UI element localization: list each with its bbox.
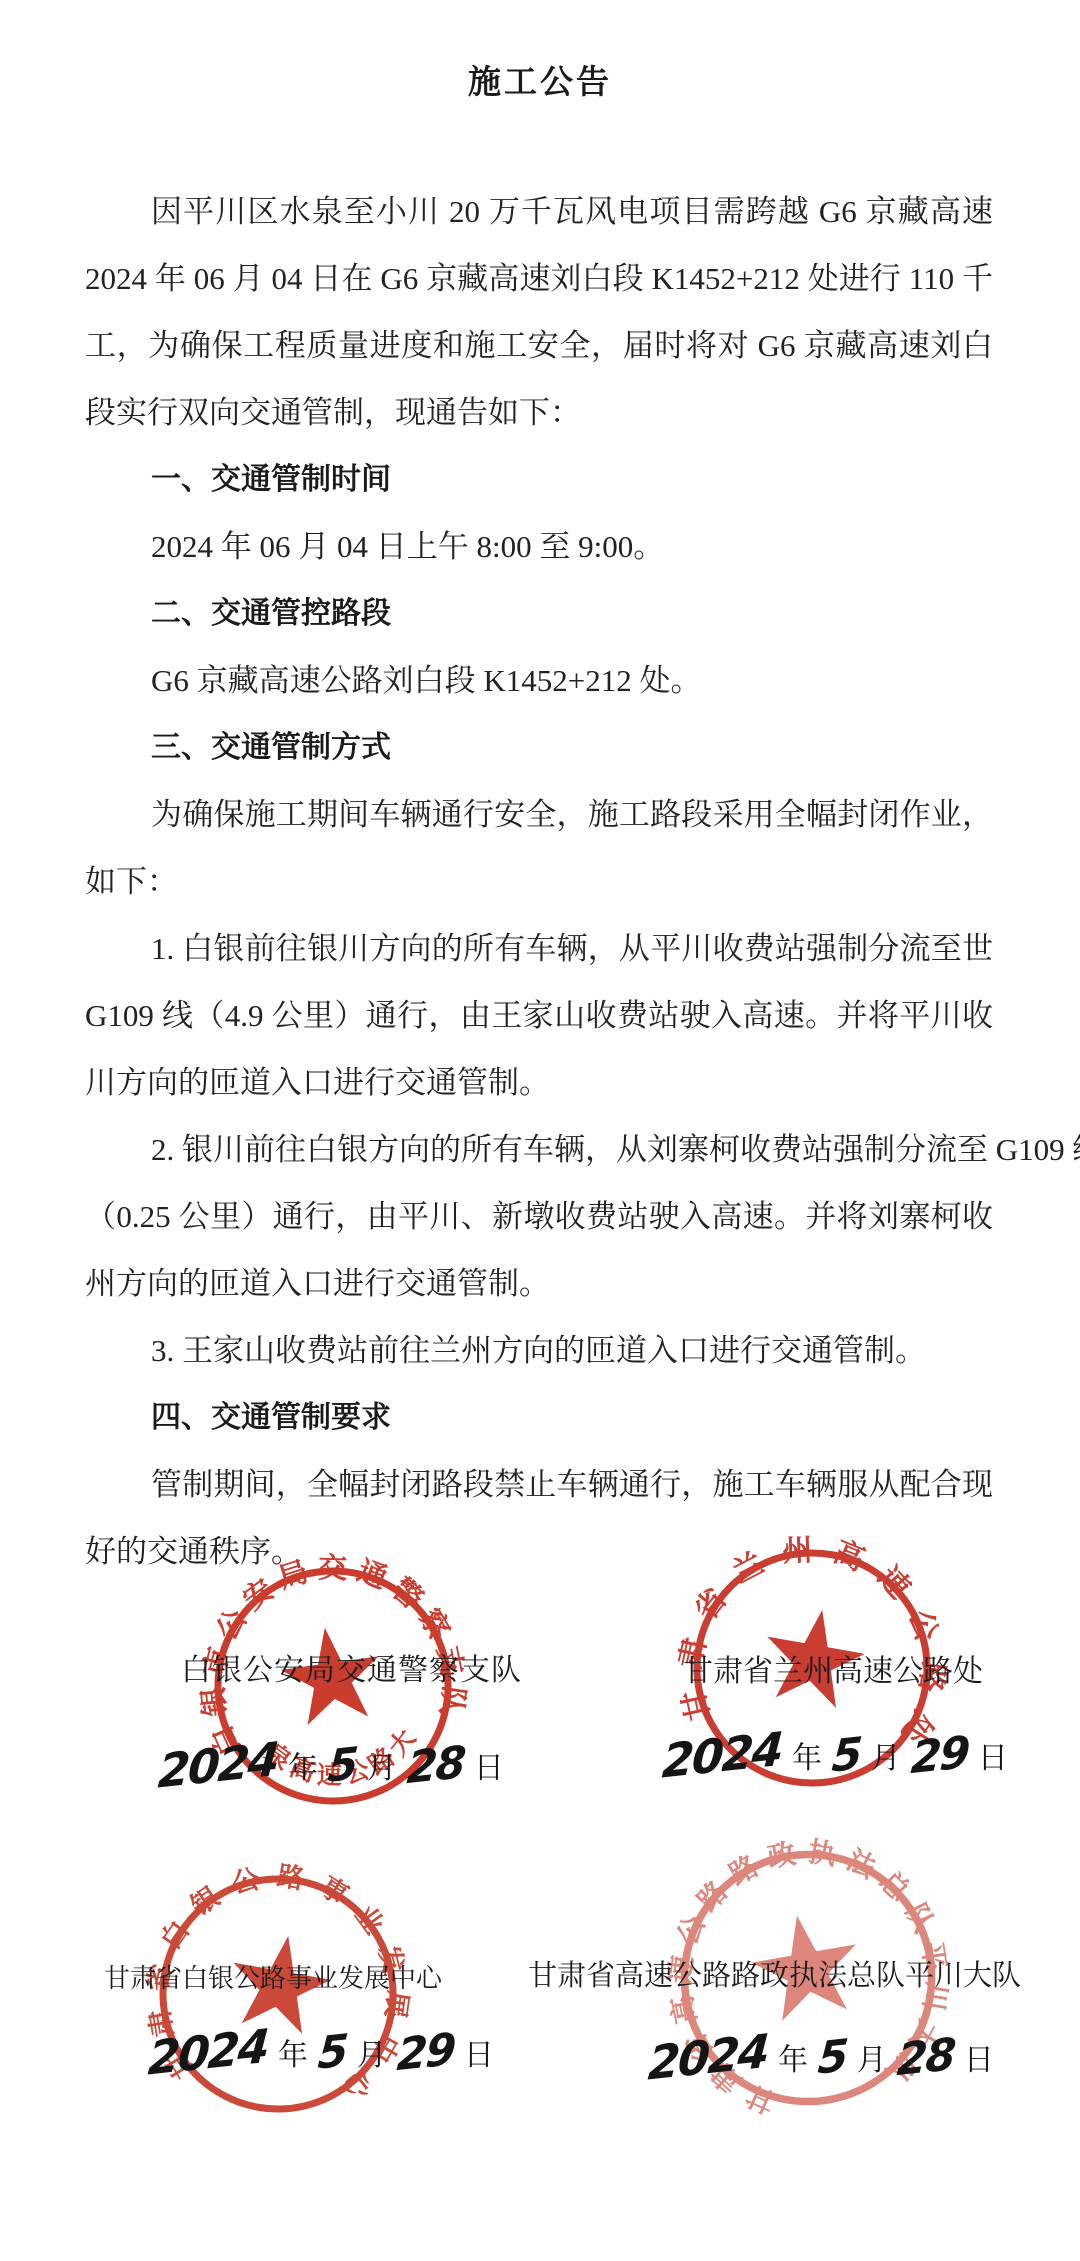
body-line: 如下： [85,848,993,915]
handwritten-month: 5 [316,2025,348,2080]
body-line: 1. 白银前往银川方向的所有车辆，从平川收费站强制分流至世纪大道再驶入 [85,915,993,982]
body-line: 州方向的匝道入口进行交通管制。 [85,1250,993,1317]
document-body: 因平川区水泉至小川 20 万千瓦风电项目需跨越 G6 京藏高速公路，将于 202… [85,178,993,1585]
section-heading-3: 三、交通管制方式 [85,714,993,781]
stamp-date: 2024 年 5 月 29 日 [148,2025,494,2079]
body-line: 段实行双向交通管制，现通告如下： [85,379,993,446]
section-heading-2: 二、交通管控路段 [85,580,993,647]
month-label: 月 [871,1733,901,1777]
body-line: G109 线（4.9 公里）通行，由王家山收费站驶入高速。并将平川收费站前往银 [85,982,993,1049]
month-label: 月 [857,2035,887,2079]
scanned-notice-page: { "doc": { "title": "施工公告", "lines": [ "… [0,0,1080,2261]
stamp-date: 2024 年 5 月 28 日 [158,1738,504,1792]
document-title: 施工公告 [0,56,1080,103]
handwritten-day: 28 [405,1736,466,1794]
body-line: 为确保施工期间车辆通行安全，施工路段采用全幅封闭作业，车辆绕行方案 [85,781,993,848]
body-line: 3. 王家山收费站前往兰州方向的匝道入口进行交通管制。 [85,1317,993,1384]
stamp-date: 2024 年 5 月 29 日 [662,1728,1008,1782]
section-heading-4: 四、交通管制要求 [85,1384,993,1451]
day-label: 日 [464,2030,494,2074]
handwritten-day: 28 [895,2028,956,2086]
day-label: 日 [964,2035,994,2079]
handwritten-year: 2024 [156,1731,279,1798]
handwritten-month: 5 [816,2030,848,2085]
year-label: 年 [792,1733,822,1777]
handwritten-year: 2024 [646,2023,769,2090]
year-label: 年 [288,1743,318,1787]
body-line: （0.25 公里）通行，由平川、新墩收费站驶入高速。并将刘寨柯收费站前往兰 [85,1183,993,1250]
body-line: 管制期间，全幅封闭路段禁止车辆通行，施工车辆服从配合现场交通管理人 [85,1451,993,1518]
year-label: 年 [278,2030,308,2074]
stamp-org-name: 甘肃省白银公路事业发展中心 [104,1958,442,1995]
body-line: 2. 银川前往白银方向的所有车辆，从刘寨柯收费站强制分流至 G109 线 [85,1116,993,1183]
handwritten-month: 5 [830,1728,862,1783]
handwritten-year: 2024 [660,1721,783,1788]
body-line: 工，为确保工程质量进度和施工安全，届时将对 G6 京藏高速刘白段 K1452+2… [85,312,993,379]
body-line: G6 京藏高速公路刘白段 K1452+212 处。 [85,647,993,714]
year-label: 年 [778,2035,808,2079]
stamp-org-name: 甘肃省高速公路路政执法总队平川大队 [528,1953,1021,1994]
handwritten-day: 29 [909,1726,970,1784]
stamp-org-name: 白银公安局交通警察支队 [181,1645,522,1689]
body-line: 2024 年 06 月 04 日上午 8:00 至 9:00。 [85,513,993,580]
stamp-org-name: 甘肃省兰州高速公路处 [683,1646,983,1690]
handwritten-day: 29 [395,2023,456,2081]
body-line: 川方向的匝道入口进行交通管制。 [85,1049,993,1116]
body-line: 2024 年 06 月 04 日在 G6 京藏高速刘白段 K1452+212 处… [85,245,993,312]
stamp-date: 2024 年 5 月 28 日 [648,2030,994,2084]
day-label: 日 [978,1733,1008,1777]
month-label: 月 [367,1743,397,1787]
month-label: 月 [357,2030,387,2074]
handwritten-year: 2024 [146,2018,269,2085]
section-heading-1: 一、交通管制时间 [85,446,993,513]
body-line: 因平川区水泉至小川 20 万千瓦风电项目需跨越 G6 京藏高速公路，将于 [85,178,993,245]
day-label: 日 [474,1743,504,1787]
handwritten-month: 5 [326,1738,358,1793]
